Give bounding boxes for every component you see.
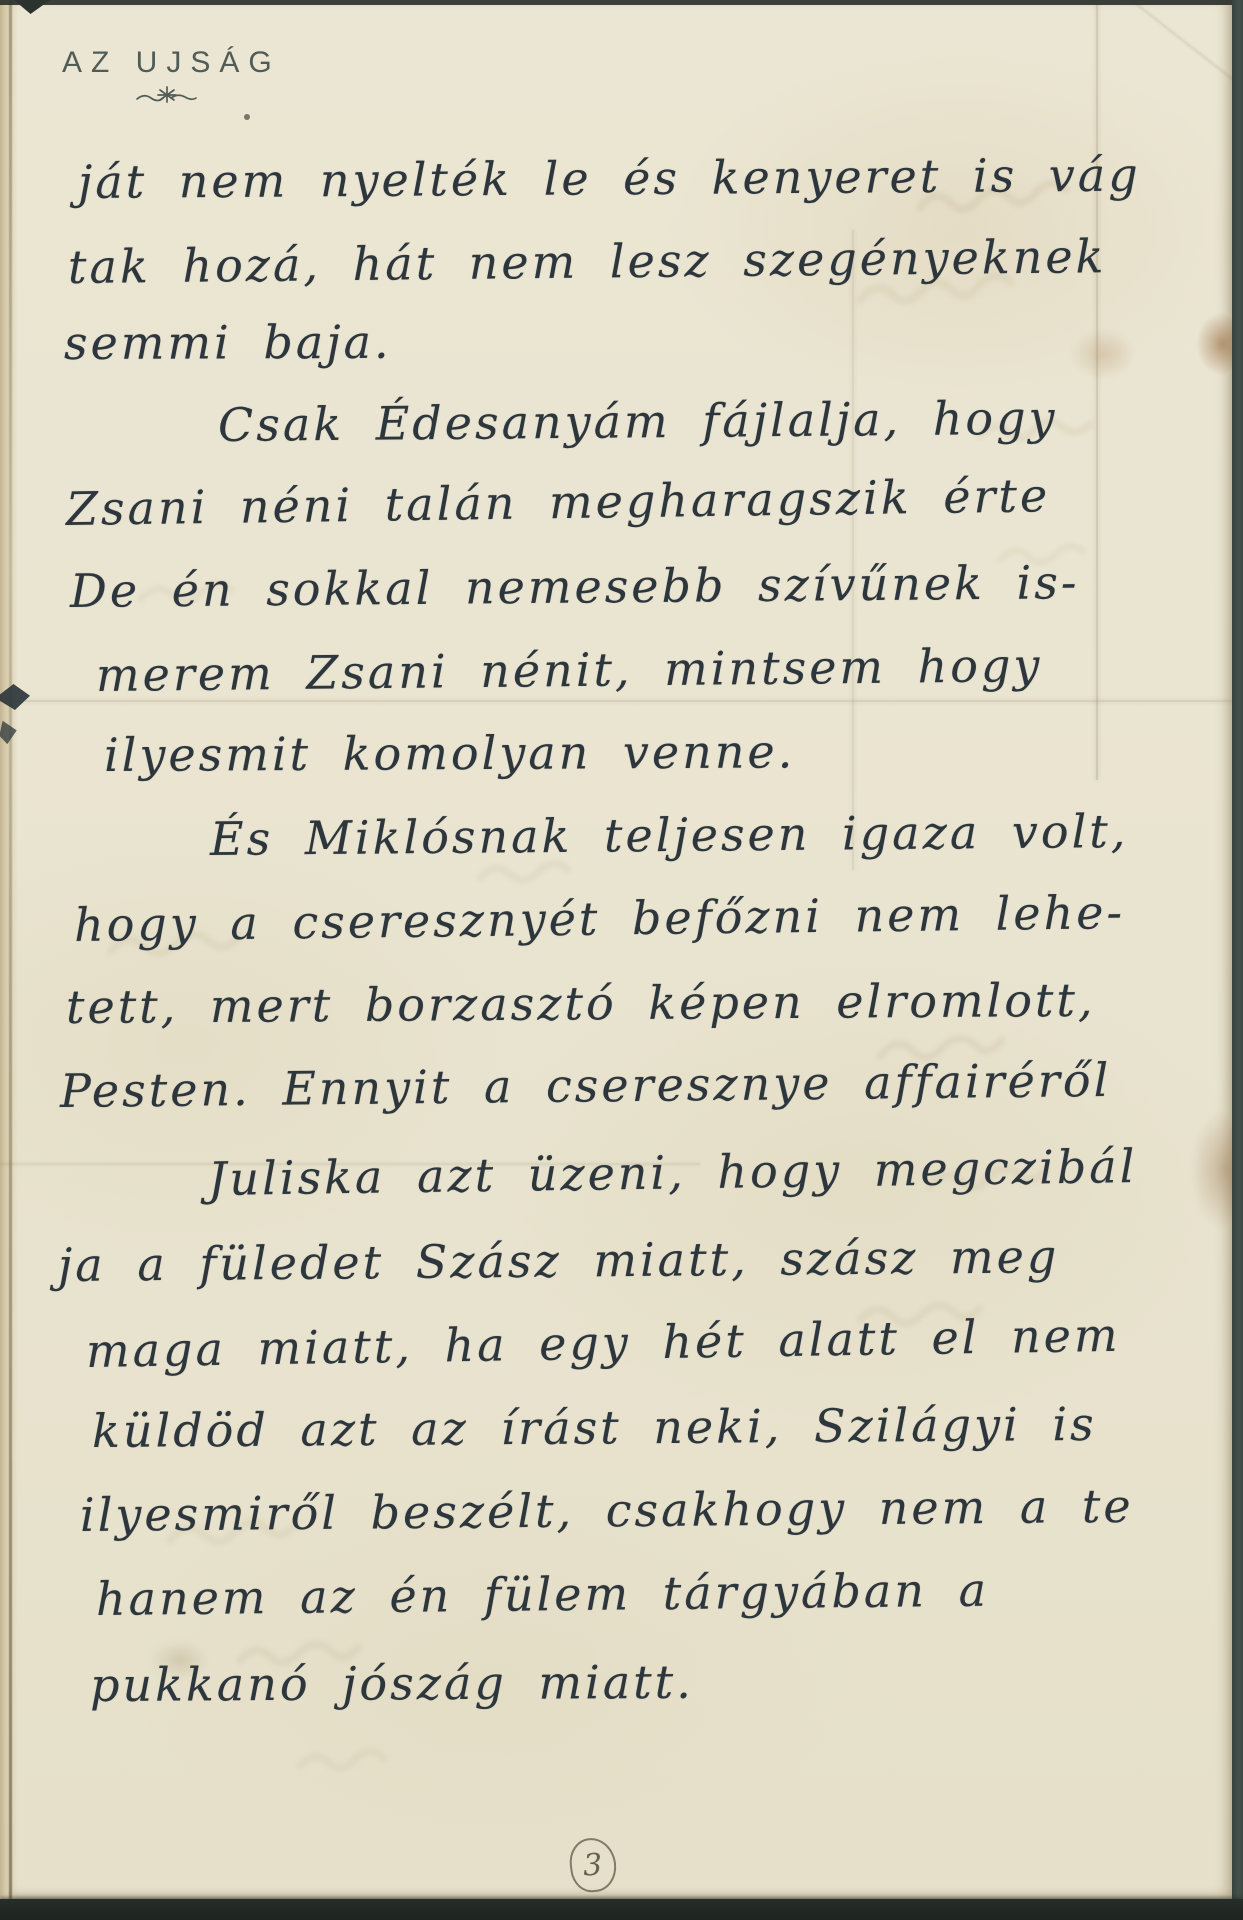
handwritten-line: hanem az én fülem tárgyában a xyxy=(96,1563,990,1626)
handwritten-line: merem Zsani nénit, mintsem hogy xyxy=(96,638,1043,702)
handwritten-line: küldöd azt az írást neki, Szilágyi is xyxy=(92,1397,1097,1458)
scan-backing-bottom-edge xyxy=(0,1899,1243,1920)
handwritten-line: ja a füledet Szász miatt, szász meg xyxy=(58,1229,1060,1292)
handwritten-line: semmi baja. xyxy=(64,315,392,370)
paper-left-edge-crease xyxy=(9,0,12,1899)
letterhead-title: AZ UJSÁG xyxy=(62,46,281,80)
page-number: 3 xyxy=(583,1847,604,1883)
handwritten-line: tett, mert borzasztó képen elromlott, xyxy=(66,973,1096,1034)
scan-backing-right-edge xyxy=(1232,0,1243,1920)
handwritten-line: ilyesmiről beszélt, csakhogy nem a te xyxy=(80,1479,1134,1542)
handwritten-line: ját nem nyelték le és kenyeret is vág xyxy=(78,148,1141,209)
handwritten-line: pukkanó jószág miatt. xyxy=(90,1655,694,1712)
scan-backing-top-edge xyxy=(0,0,1243,5)
handwritten-line: Csak Édesanyám fájlalja, hogy xyxy=(218,391,1058,452)
asterisk-flourish-icon xyxy=(134,84,200,108)
handwritten-line: Pesten. Ennyit a cseresznye affairéről xyxy=(60,1053,1112,1118)
handwritten-line: ilyesmit komolyan venne. xyxy=(104,724,796,782)
handwritten-line: És Miklósnak teljesen igaza volt, xyxy=(210,804,1129,866)
handwritten-line: tak hozá, hát nem lesz szegényeknek xyxy=(68,229,1107,294)
handwritten-line: De én sokkal nemesebb szívűnek is- xyxy=(70,555,1080,618)
